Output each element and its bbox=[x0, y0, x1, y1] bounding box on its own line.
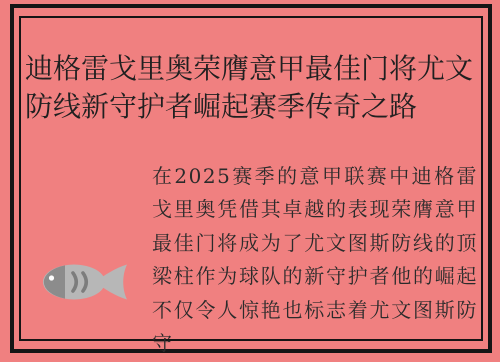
fish-icon bbox=[43, 263, 127, 303]
fish-eye bbox=[49, 275, 54, 280]
fish-head bbox=[44, 265, 65, 298]
article-body-text: 在2025赛季的意甲联赛中迪格雷戈里奥凭借其卓越的表现荣膺意甲最佳门将成为了尤文… bbox=[152, 160, 478, 360]
page-title: 迪格雷戈里奥荣膺意甲最佳门将尤文防线新守护者崛起赛季传奇之路 bbox=[25, 50, 477, 126]
article-page: { "page": { "background_color": "#f08080… bbox=[0, 0, 500, 362]
